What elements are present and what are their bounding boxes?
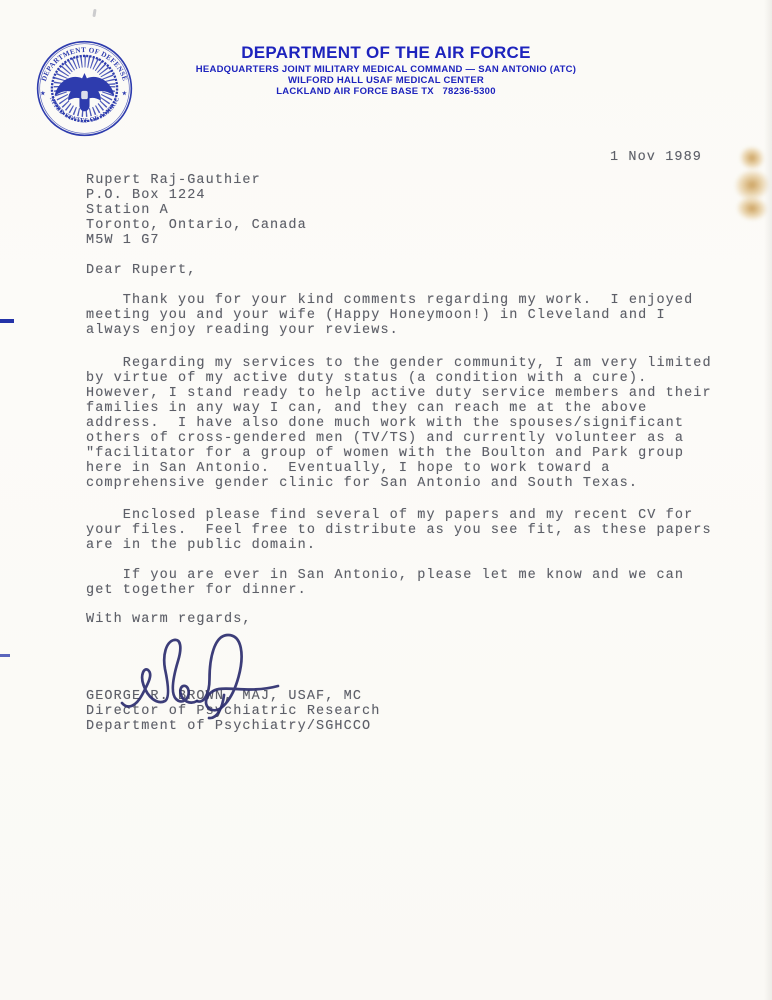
letter-page: DEPARTMENT OF DEFENSE UNITED STATES OF A… bbox=[0, 0, 772, 1000]
address-line: Station A bbox=[86, 203, 766, 218]
recipient-address: Rupert Raj-GauthierP.O. Box 1224Station … bbox=[86, 173, 766, 248]
paragraphs: Thank you for your kind comments regardi… bbox=[86, 293, 766, 598]
paragraph: Regarding my services to the gender comm… bbox=[86, 356, 766, 491]
address-line: M5W 1 G7 bbox=[86, 233, 766, 248]
letterhead: DEPARTMENT OF THE AIR FORCE HEADQUARTERS… bbox=[0, 44, 772, 97]
paragraph: Thank you for your kind comments regardi… bbox=[86, 293, 766, 338]
address-line: P.O. Box 1224 bbox=[86, 188, 766, 203]
letterhead-title: DEPARTMENT OF THE AIR FORCE bbox=[0, 44, 772, 61]
ink-mark-left-edge bbox=[0, 319, 14, 323]
paragraph: Enclosed please find several of my paper… bbox=[86, 508, 766, 553]
closing: With warm regards, bbox=[86, 612, 766, 627]
ink-mark-left-edge bbox=[0, 654, 10, 657]
letterhead-subline: LACKLAND AIR FORCE BASE TX 78236-5300 bbox=[0, 86, 772, 97]
letterhead-subline: WILFORD HALL USAF MEDICAL CENTER bbox=[0, 75, 772, 86]
handwritten-signature bbox=[118, 631, 280, 723]
address-line: Toronto, Ontario, Canada bbox=[86, 218, 766, 233]
letterhead-subline: HEADQUARTERS JOINT MILITARY MEDICAL COMM… bbox=[0, 64, 772, 75]
letterhead-sublines: HEADQUARTERS JOINT MILITARY MEDICAL COMM… bbox=[0, 64, 772, 97]
stray-pen-tick bbox=[92, 9, 96, 17]
salutation: Dear Rupert, bbox=[86, 263, 766, 278]
address-line: Rupert Raj-Gauthier bbox=[86, 173, 766, 188]
paragraph: If you are ever in San Antonio, please l… bbox=[86, 568, 766, 598]
